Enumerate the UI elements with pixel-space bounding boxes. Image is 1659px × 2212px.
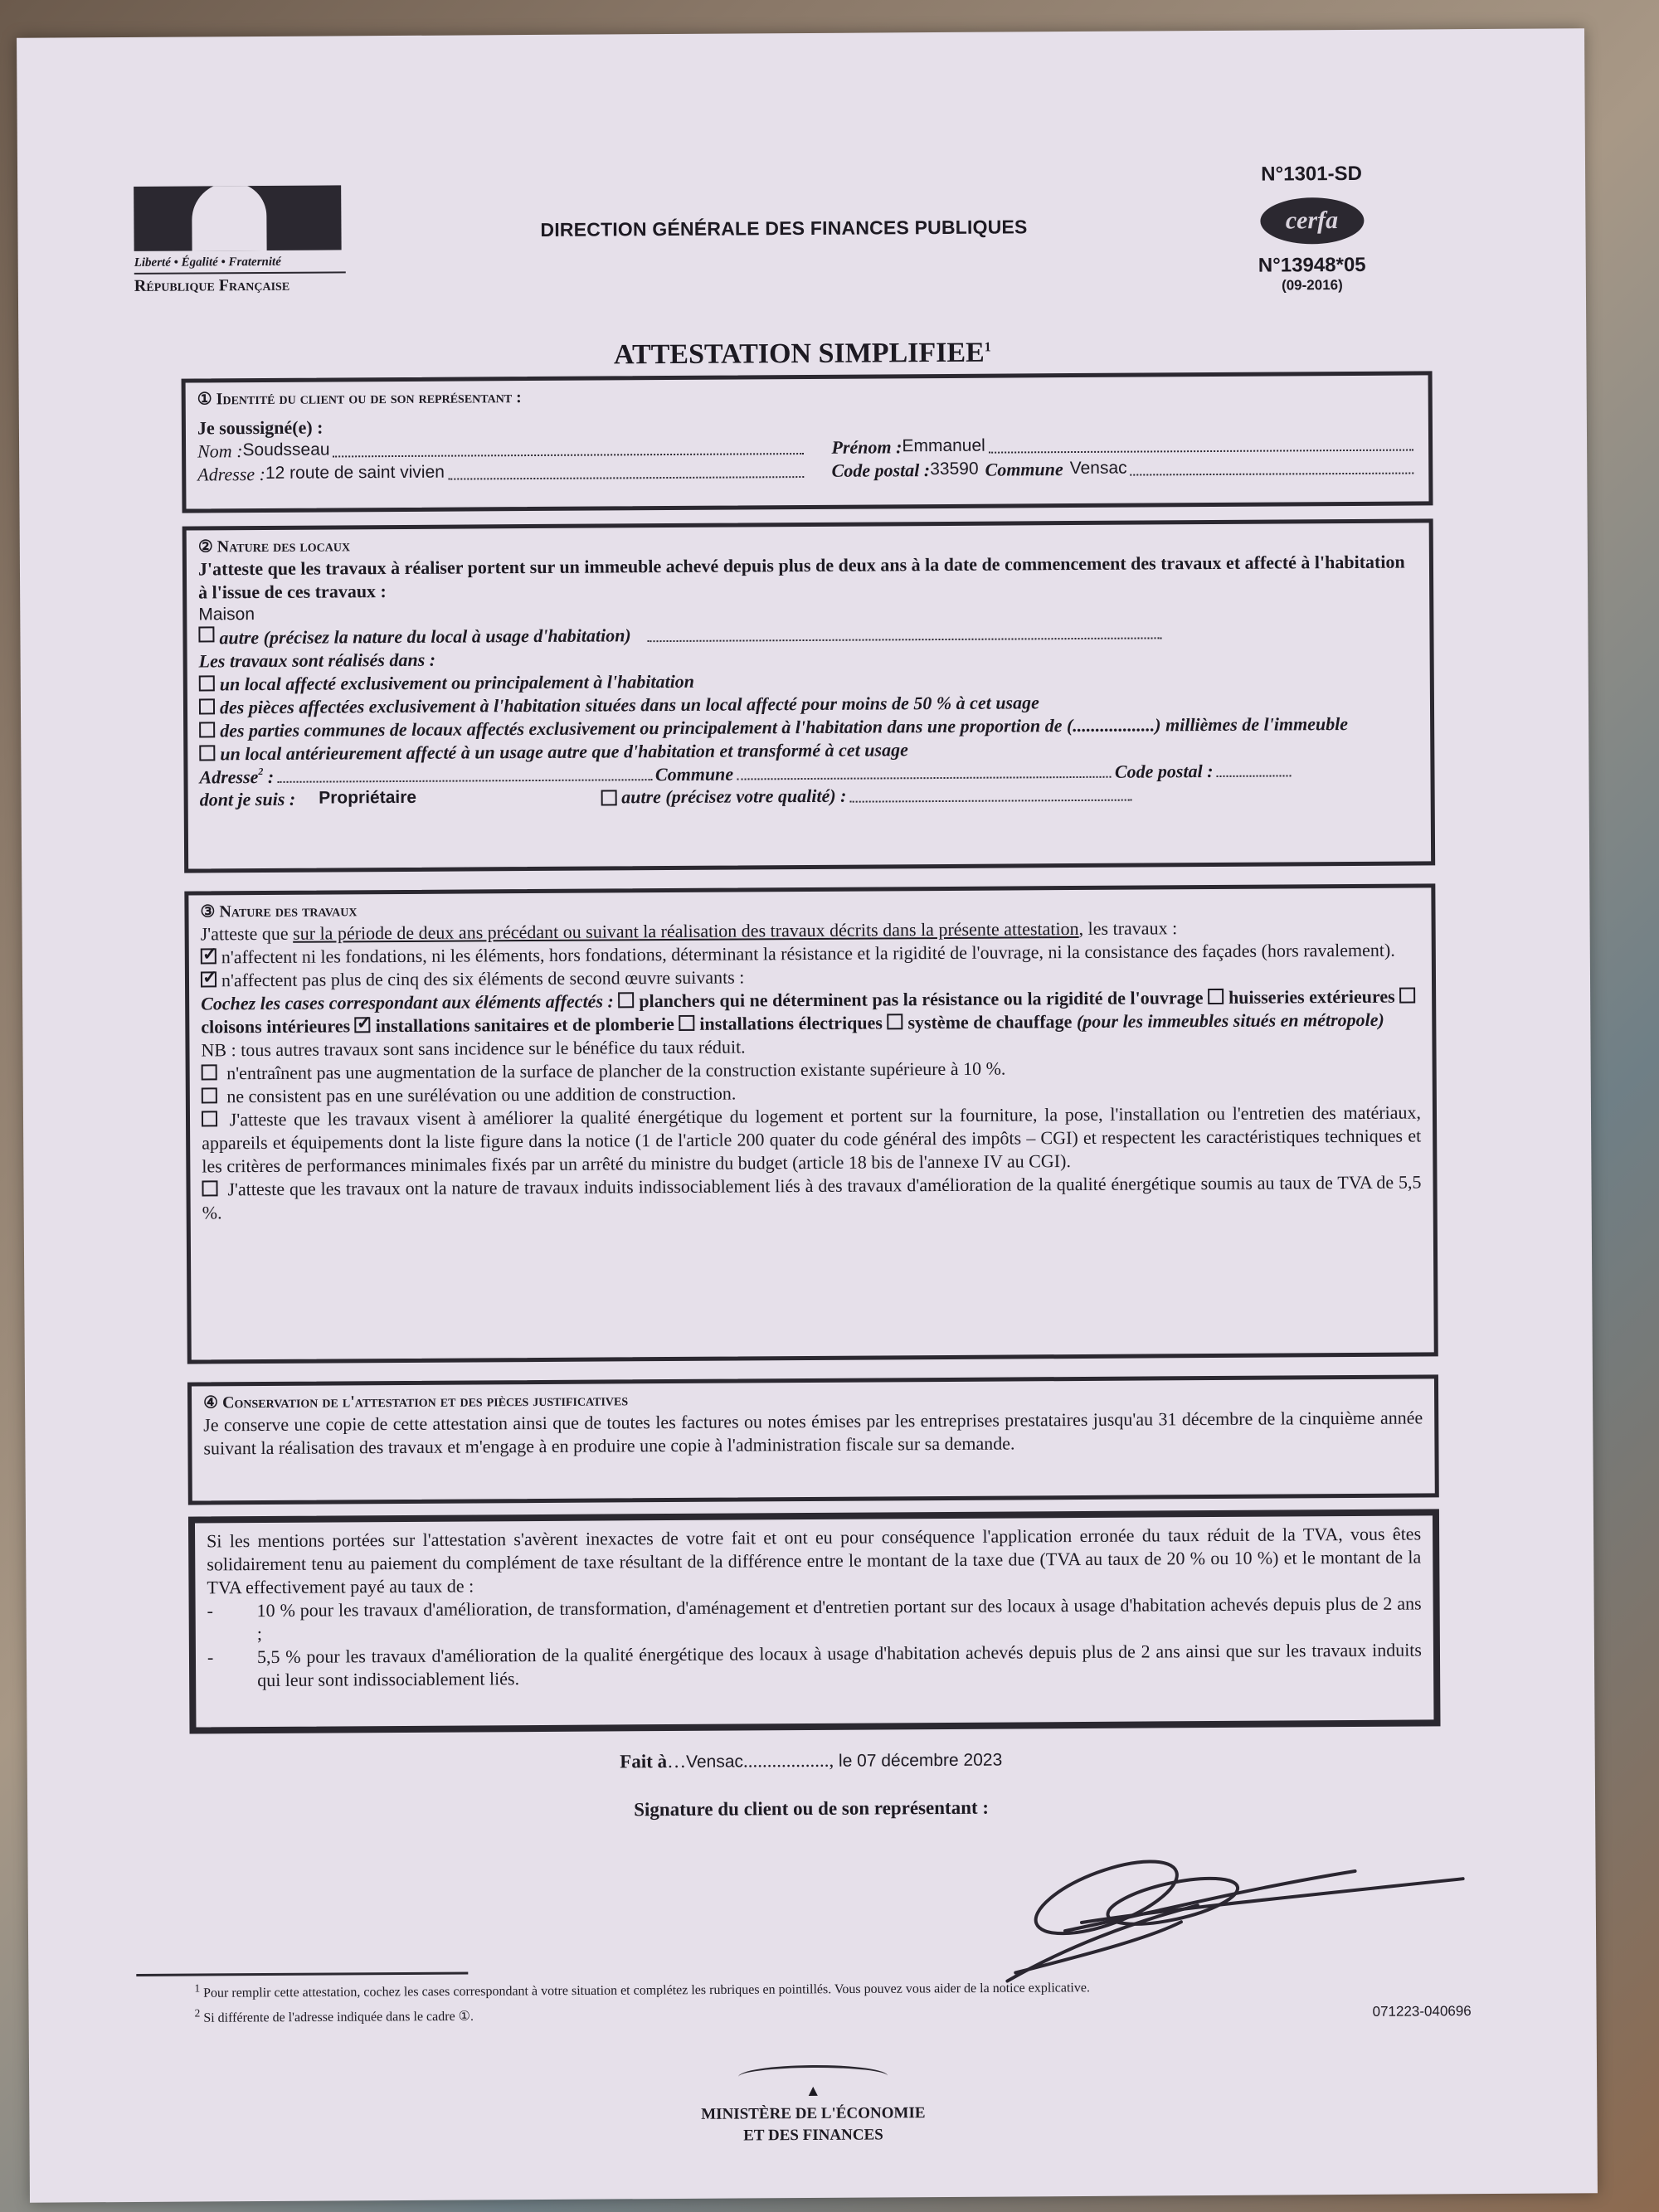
section-nature-travaux: ③ Nature des travaux J'atteste que sur l… (184, 883, 1438, 1364)
cerfa-number: N°13948*05 (1213, 254, 1412, 278)
qualite-field[interactable]: Propriétaire (319, 786, 601, 811)
footnote-2: 2 Si différente de l'adresse indiquée da… (195, 2005, 474, 2025)
reference-code: 071223-040696 (1373, 2003, 1472, 2020)
commune-travaux-field[interactable] (737, 760, 1112, 780)
checkbox-huisseries[interactable] (1208, 989, 1224, 1004)
nom-field[interactable]: Soudsseau (242, 440, 329, 464)
conservation-text: Je conserve une copie de cette attestati… (203, 1407, 1423, 1461)
warning-text: Si les mentions portées sur l'attestatio… (207, 1522, 1421, 1599)
checkbox-chauffage[interactable] (887, 1014, 902, 1029)
republique-francaise-logo: Liberté • Égalité • Fraternité Républiqu… (134, 185, 346, 296)
warning-box: Si les mentions portées sur l'attestatio… (188, 1509, 1441, 1733)
date-field[interactable]: 07 décembre 2023 (857, 1751, 1002, 1771)
checkbox-travaux-induits[interactable] (202, 1180, 217, 1196)
code-postal-field[interactable]: 33590 (930, 459, 979, 482)
checkbox-local-option-2[interactable] (199, 698, 215, 714)
checkbox-fondations[interactable] (201, 949, 216, 965)
checkbox-second-oeuvre[interactable] (201, 972, 216, 988)
section-nature-locaux: ② Nature des locaux J'atteste que les tr… (182, 518, 1436, 873)
checkbox-autre-qualite[interactable] (601, 790, 616, 806)
checkbox-planchers[interactable] (618, 992, 634, 1008)
checkbox-energetique[interactable] (202, 1111, 217, 1126)
section-conservation: ④ Conservation de l'attestation et des p… (187, 1374, 1439, 1505)
intro-text: J'atteste que les travaux à réaliser por… (198, 551, 1418, 605)
checkbox-surface[interactable] (202, 1064, 217, 1080)
cerfa-block: N°1301-SD cerfa N°13948*05 (09-2016) (1212, 163, 1412, 294)
checkbox-sanitaires[interactable] (355, 1017, 371, 1033)
prenom-field[interactable]: Emmanuel (902, 435, 985, 459)
checkbox-cloisons[interactable] (1399, 988, 1415, 1004)
checkbox-autre-local[interactable] (198, 626, 214, 642)
logo-name: République Française (134, 275, 346, 296)
signature-scribble-icon[interactable] (981, 1821, 1480, 1990)
agency-name: DIRECTION GÉNÉRALE DES FINANCES PUBLIQUE… (540, 216, 1027, 241)
ministry-footer: ▲ MINISTÈRE DE L'ÉCONOMIE ET DES FINANCE… (29, 2060, 1598, 2151)
checkbox-electriques[interactable] (679, 1015, 694, 1031)
commune-field[interactable]: Vensac (1070, 458, 1127, 481)
adresse-field[interactable]: 12 route de saint vivien (265, 462, 445, 486)
section-client-identity: ① Identité du client ou de son représent… (182, 371, 1433, 513)
checkbox-local-option-4[interactable] (199, 745, 215, 761)
code-postal-travaux-field[interactable] (1216, 759, 1291, 777)
form-number: N°1301-SD (1212, 163, 1411, 187)
marianne-icon (134, 185, 341, 251)
footnote-1: 1 Pour remplir cette attestation, cochez… (194, 1976, 1090, 2001)
page-title: ATTESTATION SIMPLIFIEE1 (18, 333, 1586, 375)
fait-a-line: Fait à…Vensac.................., le 07 d… (27, 1745, 1595, 1777)
form-sheet: Liberté • Égalité • Fraternité Républiqu… (17, 28, 1598, 2202)
adresse-travaux-field[interactable] (277, 763, 652, 784)
logo-motto: Liberté • Égalité • Fraternité (134, 255, 346, 275)
fait-a-field[interactable]: Vensac (686, 1752, 743, 1771)
checkbox-local-option-1[interactable] (199, 675, 215, 691)
footnote-divider (136, 1972, 468, 1976)
checkbox-surelevation[interactable] (202, 1087, 217, 1103)
cerfa-logo-icon: cerfa (1260, 197, 1364, 245)
cerfa-date: (09-2016) (1213, 277, 1412, 294)
signature-label: Signature du client ou de son représenta… (27, 1793, 1595, 1825)
section-heading: ① Identité du client ou de son représent… (197, 382, 1417, 410)
checkbox-local-option-3[interactable] (199, 722, 215, 737)
